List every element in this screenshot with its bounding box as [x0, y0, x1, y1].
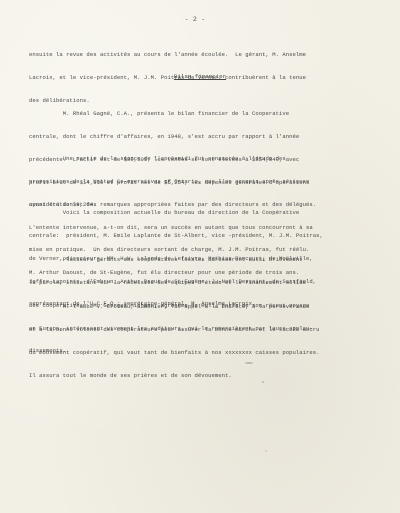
text-line: centrale: président, M. Emile Laplante d… — [29, 232, 361, 240]
text-line: M. Rhéal Gagné, C.A., présenta le bilan … — [29, 110, 361, 118]
text-line: du mouvement coopératif, qui vaut tant d… — [29, 349, 361, 357]
paragraph-chaplain: M. l'abbé V. Croteau, aumônier, fit appe… — [29, 288, 361, 394]
document-page: - 2 - ensuite la revue des activités au … — [0, 0, 400, 513]
text-line: Plusieurs gérants des coopératives local… — [29, 256, 361, 264]
text-line: et à la bonne volonté des coopérateurs p… — [29, 326, 361, 334]
text-line: la parole, insistant sur la nécessité de… — [29, 279, 361, 287]
section-heading: Bilan financier — [0, 73, 400, 80]
page-number: - 2 - — [0, 16, 390, 23]
paper-speck — [245, 362, 253, 364]
text-line: ensuite la revue des activités au cours … — [29, 51, 361, 59]
text-line: M. l'abbé V. Croteau, aumônier, fit appe… — [29, 303, 361, 311]
section-heading-text: Bilan financier — [174, 73, 226, 80]
paper-speck — [262, 381, 264, 383]
text-line: Il assura tout le monde de ses prières e… — [29, 372, 361, 380]
text-line: Une partie de la séance de l'aprèsmidi f… — [29, 155, 361, 163]
text-line: Voici la composition actuelle du bureau … — [29, 209, 361, 217]
paper-speck — [265, 450, 267, 452]
text-line: propositions de la United Co-operatives … — [29, 178, 361, 186]
